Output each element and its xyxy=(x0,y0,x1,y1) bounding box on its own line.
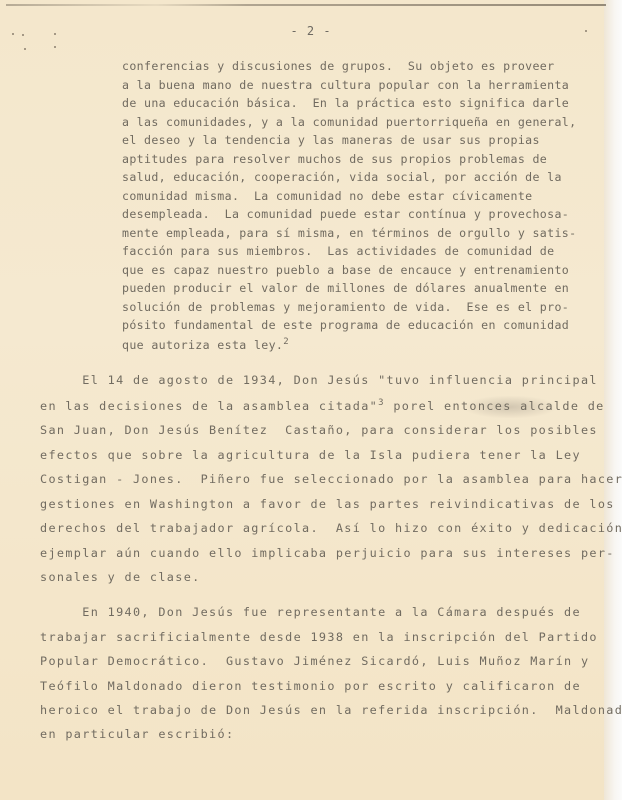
text-line: a las comunidades, y a la comunidad puer… xyxy=(122,115,576,129)
text-line: a la buena mano de nuestra cultura popul… xyxy=(122,78,569,92)
text-line: Costigan - Jones. Piñero fue seleccionad… xyxy=(40,472,622,486)
text-line: que autoriza esta ley.2 xyxy=(122,337,289,352)
text-line: en las decisiones de la asamblea citada"… xyxy=(40,398,605,413)
paper-speck xyxy=(54,46,56,48)
text-line: salud, educación, cooperación, vida soci… xyxy=(122,170,562,184)
text-line: Teófilo Maldonado dieron testimonio por … xyxy=(40,679,581,693)
text-line-content: en las decisiones de la asamblea citada" xyxy=(40,399,378,413)
text-line: desempleada. La comunidad puede estar co… xyxy=(122,207,569,221)
text-line-content: que autoriza esta ley. xyxy=(122,338,283,352)
text-line: comunidad misma. La comunidad no debe es… xyxy=(122,189,532,203)
text-line: mente empleada, para sí misma, en términ… xyxy=(122,226,576,240)
text-line: heroico el trabajo de Don Jesús en la re… xyxy=(40,703,622,717)
text-line: gestiones en Washington a favor de las p… xyxy=(40,497,615,511)
text-line: derechos del trabajador agrícola. Así lo… xyxy=(40,521,622,535)
paper-speck xyxy=(24,48,26,50)
text-line: sonales y de clase. xyxy=(40,570,201,584)
text-line: El 14 de agosto de 1934, Don Jesús "tuvo… xyxy=(40,373,598,387)
text-line: de una educación básica. En la práctica … xyxy=(122,96,569,110)
footnote-marker: 2 xyxy=(283,337,289,347)
text-line: pósito fundamental de este programa de e… xyxy=(122,318,569,332)
text-line: solución de problemas y mejoramiento de … xyxy=(122,300,569,314)
page-top-edge xyxy=(6,4,606,6)
text-line: efectos que sobre la agricultura de la I… xyxy=(40,448,581,462)
text-line: en particular escribió: xyxy=(40,727,234,741)
text-line: trabajar sacrificialmente desde 1938 en … xyxy=(40,630,598,644)
text-line-content: porel entonces alcalde de xyxy=(385,399,605,413)
text-line: el deseo y la tendencia y las maneras de… xyxy=(122,133,540,147)
text-line: San Juan, Don Jesús Benítez Castaño, par… xyxy=(40,423,598,437)
text-line: En 1940, Don Jesús fue representante a l… xyxy=(40,605,581,619)
page-edge xyxy=(604,0,622,800)
text-line: facción para sus miembros. Las actividad… xyxy=(122,244,554,258)
text-line: pueden producir el valor de millones de … xyxy=(122,281,569,295)
text-line: ejemplar aún cuando ello implicaba perju… xyxy=(40,546,615,560)
text-line: aptitudes para resolver muchos de sus pr… xyxy=(122,152,547,166)
footnote-marker: 3 xyxy=(378,398,385,408)
text-line: Popular Democrático. Gustavo Jiménez Sic… xyxy=(40,654,589,668)
page-number: - 2 - xyxy=(0,24,622,38)
text-line: conferencias y discusiones de grupos. Su… xyxy=(122,59,554,73)
text-line: que es capaz nuestro pueblo a base de en… xyxy=(122,263,569,277)
